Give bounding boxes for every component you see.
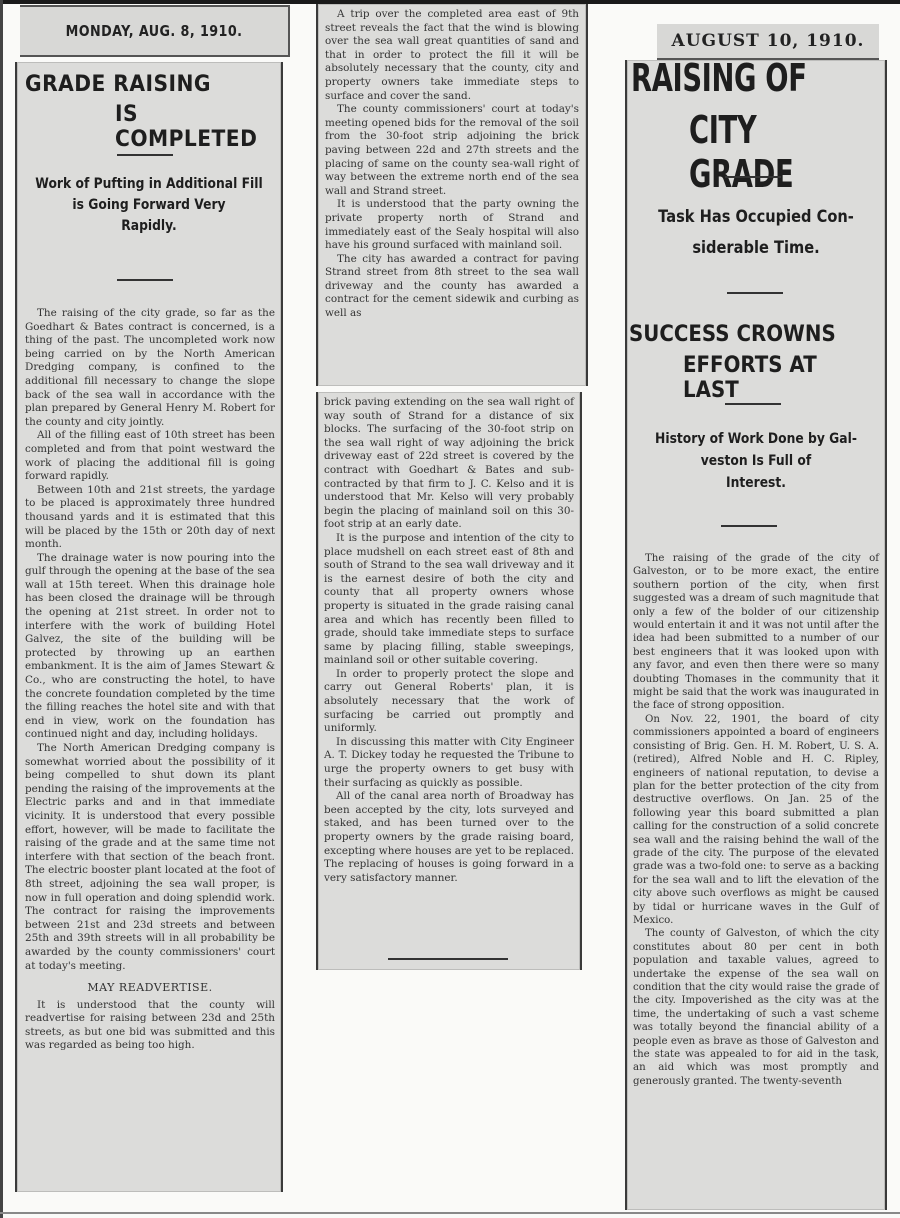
dateline-text: AUGUST 10, 1910. xyxy=(672,31,865,51)
subhead-line: siderable Time. xyxy=(645,233,867,264)
headline2-line2: EFFORTS AT LAST xyxy=(683,353,885,403)
paragraph: brick paving extending on the sea wall r… xyxy=(324,396,574,532)
paragraph: All of the filling east of 10th street h… xyxy=(25,429,275,483)
paragraph: In order to properly protect the slope a… xyxy=(324,668,574,736)
subhead-1: Task Has Occupied Con- siderable Time. xyxy=(627,202,885,264)
dateline-left: MONDAY, AUG. 8, 1910. xyxy=(20,5,290,57)
headline-text: RAISING OF xyxy=(631,56,807,100)
headline-text: CITY GRADE xyxy=(689,108,830,196)
paragraph: The drainage water is now pouring into t… xyxy=(25,552,275,742)
subhead-line: Rapidly. xyxy=(33,216,265,237)
clipping-middle-bottom: brick paving extending on the sea wall r… xyxy=(316,392,582,970)
paragraph: In discussing this matter with City Engi… xyxy=(324,736,574,790)
paragraph: It is the purpose and intention of the c… xyxy=(324,532,574,668)
paragraph: All of the canal area north of Broadway … xyxy=(324,790,574,885)
article-body: The raising of the grade of the city of … xyxy=(633,552,879,1088)
headline-line1: GRADE RAISING xyxy=(25,72,227,97)
clipping-right: RAISING OF CITY GRADE Task Has Occupied … xyxy=(625,60,887,1210)
subhead-line: Task Has Occupied Con- xyxy=(645,202,867,233)
headline-text: EFFORTS AT LAST xyxy=(683,353,865,403)
subhead-line: Interest. xyxy=(642,472,869,494)
scan-bottom-edge xyxy=(0,1212,900,1214)
headline-line2: CITY GRADE xyxy=(689,108,885,196)
paragraph: The city has awarded a contract for pavi… xyxy=(325,253,579,321)
paragraph: On Nov. 22, 1901, the board of city comm… xyxy=(633,713,879,928)
subhead: Work of Pufting in Additional Fill is Go… xyxy=(17,174,281,237)
paragraph: The raising of the grade of the city of … xyxy=(633,552,879,713)
paragraph: The North American Dredging company is s… xyxy=(25,742,275,973)
section-heading: MAY READVERTISE. xyxy=(25,981,275,995)
paragraph: The county commissioners' court at today… xyxy=(325,103,579,198)
article-body: brick paving extending on the sea wall r… xyxy=(324,396,574,885)
paragraph: A trip over the completed area east of 9… xyxy=(325,8,579,103)
subhead-2: History of Work Done by Gal- veston Is F… xyxy=(627,428,885,494)
subhead-line: Work of Pufting in Additional Fill xyxy=(33,174,265,195)
dateline-text: MONDAY, AUG. 8, 1910. xyxy=(66,7,243,55)
divider-rule xyxy=(727,292,783,294)
clipping-middle-top: A trip over the completed area east of 9… xyxy=(316,4,588,386)
divider-rule xyxy=(721,525,777,527)
subhead-line: History of Work Done by Gal- xyxy=(642,428,869,450)
article-body: The raising of the city grade, so far as… xyxy=(25,307,275,1053)
clipping-left: GRADE RAISING IS COMPLETED Work of Pufti… xyxy=(15,62,283,1192)
divider-rule xyxy=(725,403,781,405)
headline-text: SUCCESS CROWNS xyxy=(629,322,836,347)
divider-rule xyxy=(117,154,173,156)
scan-left-edge xyxy=(0,0,3,1218)
headline-text: IS COMPLETED xyxy=(115,102,268,152)
paragraph: The county of Galveston, of which the ci… xyxy=(633,927,879,1088)
divider-rule xyxy=(725,176,781,178)
headline2-line1: SUCCESS CROWNS xyxy=(629,322,859,347)
paragraph: Between 10th and 21st streets, the yarda… xyxy=(25,484,275,552)
divider-rule xyxy=(117,279,173,281)
paragraph: It is understood that the county will re… xyxy=(25,999,275,1053)
subhead-line: is Going Forward Very xyxy=(33,195,265,216)
headline-line1: RAISING OF xyxy=(631,56,875,100)
headline-line2: IS COMPLETED xyxy=(115,102,281,152)
paragraph: It is understood that the party owning t… xyxy=(325,198,579,252)
end-rule xyxy=(388,958,508,960)
headline-text: GRADE RAISING xyxy=(25,72,211,97)
dateline-right: AUGUST 10, 1910. xyxy=(657,24,879,60)
subhead-line: veston Is Full of xyxy=(642,450,869,472)
paragraph: The raising of the city grade, so far as… xyxy=(25,307,275,429)
article-body: A trip over the completed area east of 9… xyxy=(325,8,579,321)
